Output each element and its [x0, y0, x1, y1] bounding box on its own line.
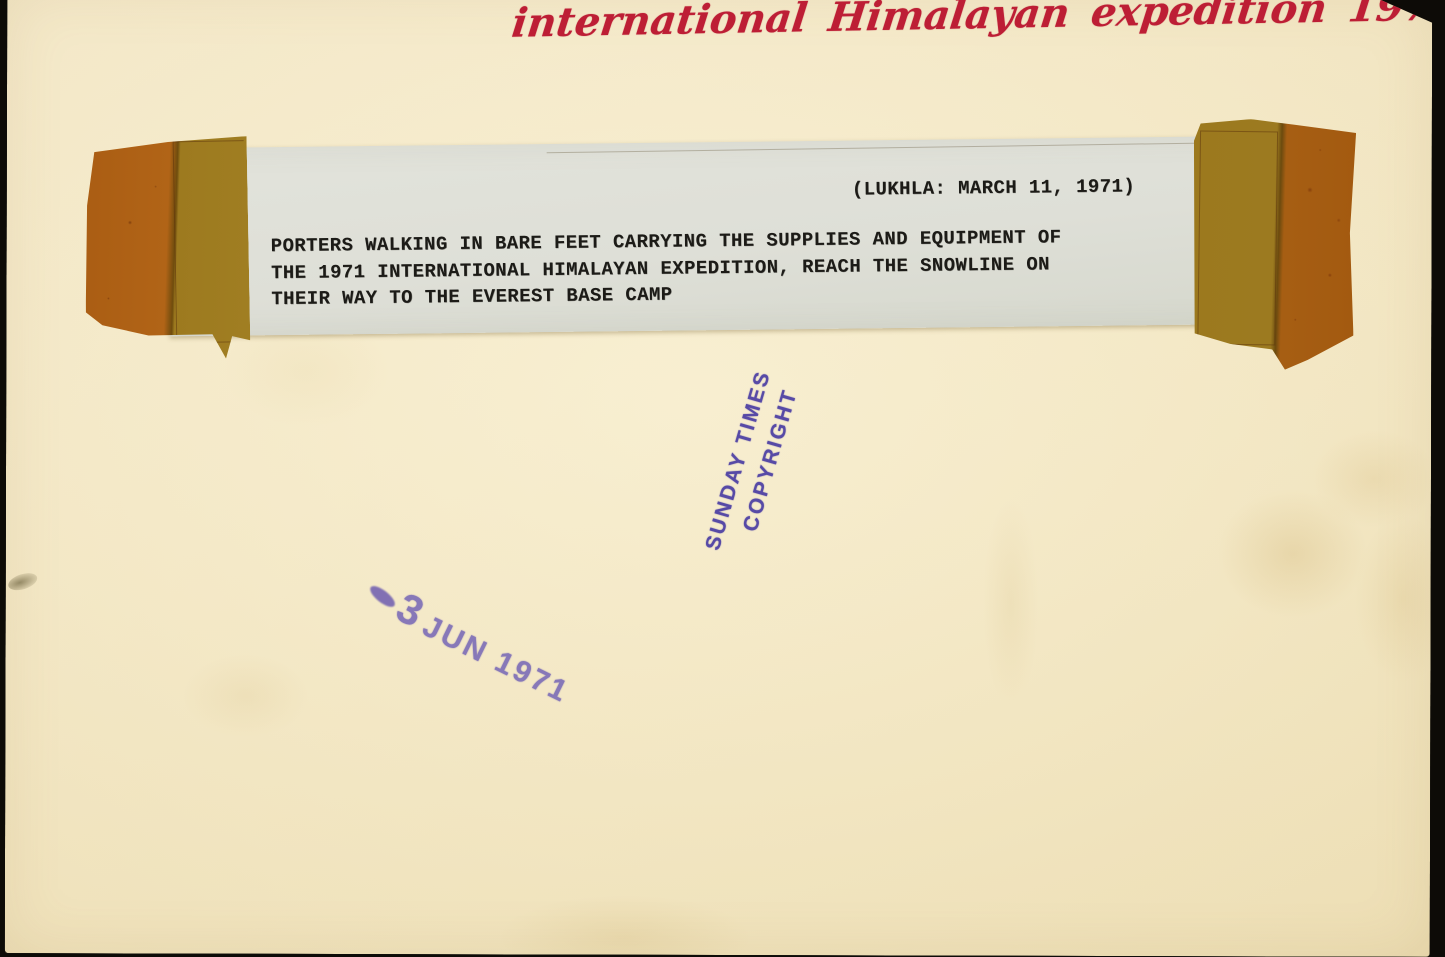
tape-piece-right: [1191, 118, 1356, 370]
caption-text-block: PORTERS WALKING IN BARE FEET CARRYING TH…: [271, 224, 1063, 312]
tape-left-label-edge: [173, 140, 248, 343]
label-crease-line: [547, 142, 1261, 154]
date-stamp-month-year: JUN 1971: [418, 612, 574, 709]
photo-paper-verso: international Himalayan expedition 1971 …: [5, 0, 1433, 957]
copyright-stamp: SUNDAY TIMES COPYRIGHT: [665, 349, 842, 581]
tape-piece-left: [83, 136, 251, 361]
tape-right-label-edge: [1197, 130, 1278, 345]
date-stamp: 3 JUN 1971: [359, 570, 580, 708]
ink-blob-icon: [367, 583, 398, 611]
handwritten-title: international Himalayan expedition 1971: [509, 0, 1305, 47]
typed-caption-label: (LUKHLA: MARCH 11, 1971) PORTERS WALKING…: [168, 136, 1285, 337]
scanner-background: international Himalayan expedition 1971 …: [0, 0, 1445, 957]
caption-location-line: (LUKHLA: MARCH 11, 1971): [852, 175, 1135, 200]
ink-smudge: [6, 570, 39, 593]
